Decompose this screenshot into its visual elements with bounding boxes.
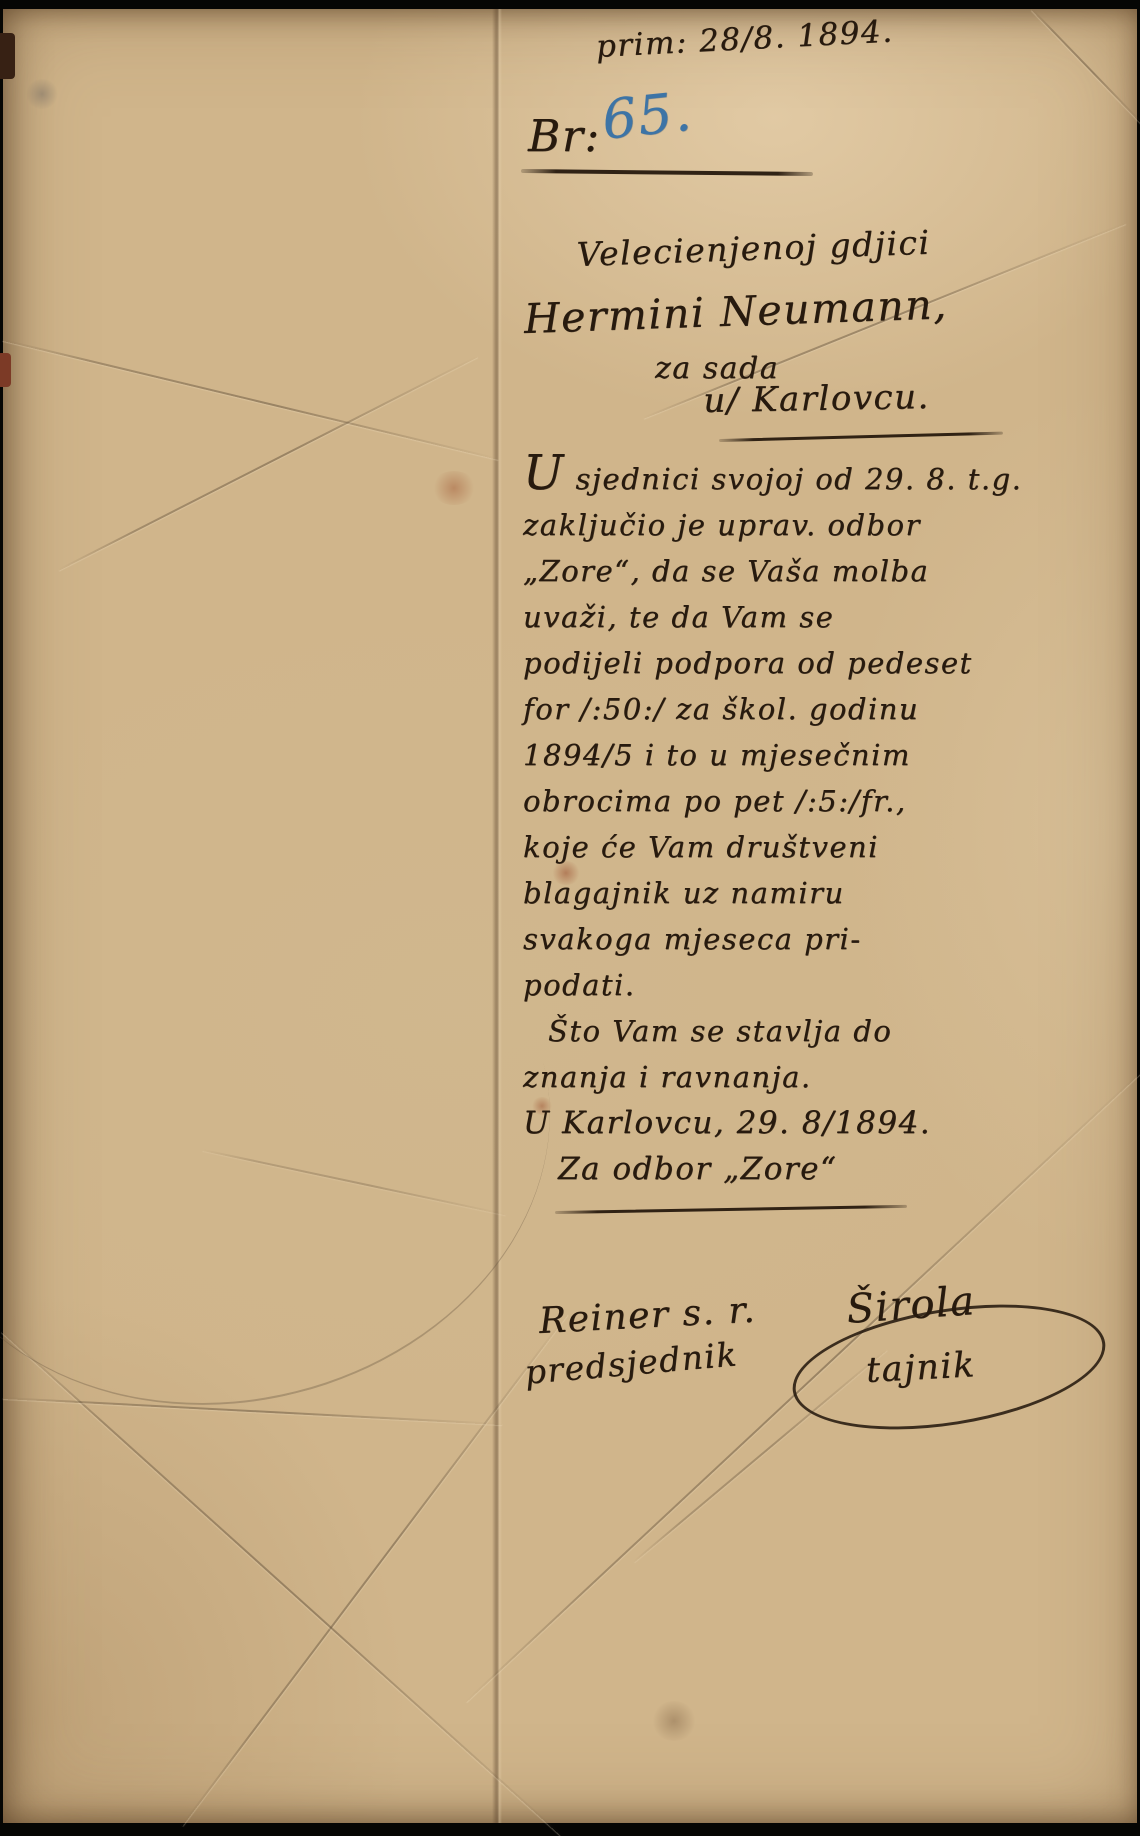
body-line: 1894/5 i to u mjesečnim bbox=[508, 732, 1068, 778]
letter-body: U sjednici svojoj od 29. 8. t.g. zaključ… bbox=[508, 446, 1068, 1192]
dateline: U Karlovcu, 29. 8/1894. bbox=[508, 1100, 1068, 1146]
body-line: Što Vam se stavlja do bbox=[508, 1008, 1068, 1054]
body-line: koje će Vam društveni bbox=[508, 824, 1068, 870]
body-line: podati. bbox=[508, 962, 1068, 1008]
letter-paper: prim: 28/8. 1894. Br: 65. Velecienjenoj … bbox=[3, 9, 1137, 1823]
body-line: blagajnik uz namiru bbox=[508, 870, 1068, 916]
edge-stain bbox=[0, 33, 15, 79]
crease-line bbox=[1032, 9, 1140, 125]
number-label: Br: bbox=[528, 111, 601, 162]
signature-left-name: Reiner s. r. bbox=[538, 1290, 757, 1342]
body-line: podijeli podpora od pedeset bbox=[508, 640, 1068, 686]
address-salutation: Velecienjenoj gdjici bbox=[576, 223, 931, 274]
number-value: 65. bbox=[599, 80, 695, 152]
committee-underline bbox=[555, 1205, 907, 1214]
edge-stain bbox=[0, 353, 11, 387]
crease-line bbox=[3, 339, 499, 460]
body-line: for /:50:/ za škol. godinu bbox=[508, 686, 1068, 732]
body-line: „Zore“, da se Vaša molba bbox=[508, 548, 1068, 594]
paper-stain bbox=[431, 471, 477, 505]
paper-stain bbox=[651, 1701, 697, 1741]
number-underline bbox=[521, 169, 813, 176]
address-name: Hermini Neumann, bbox=[523, 280, 948, 343]
body-line: svakoga mjeseca pri- bbox=[508, 916, 1068, 962]
signature-left-title: predsjednik bbox=[523, 1334, 739, 1391]
committee-line: Za odbor „Zore“ bbox=[508, 1146, 1068, 1192]
paper-stain bbox=[25, 79, 59, 109]
body-line: znanja i ravnanja. bbox=[508, 1054, 1068, 1100]
signature-right-name: Širola bbox=[845, 1278, 977, 1333]
body-line: uvaži, te da Vam se bbox=[508, 594, 1068, 640]
signature-right-title: tajnik bbox=[865, 1345, 977, 1391]
scanned-letter-photo: prim: 28/8. 1894. Br: 65. Velecienjenoj … bbox=[0, 0, 1140, 1836]
crease-line bbox=[2, 1331, 568, 1836]
address-line4: u/ Karlovcu. bbox=[703, 377, 930, 421]
body-line: zaključio je uprav. odbor bbox=[508, 502, 1068, 548]
received-note: prim: 28/8. 1894. bbox=[595, 13, 894, 65]
vertical-fold-crease bbox=[492, 9, 502, 1823]
body-line: U sjednici svojoj od 29. 8. t.g. bbox=[508, 446, 1068, 502]
crease-line bbox=[58, 356, 478, 571]
address-underline bbox=[719, 432, 1003, 442]
body-line: obrocima po pet /:5:/fr., bbox=[508, 778, 1068, 824]
